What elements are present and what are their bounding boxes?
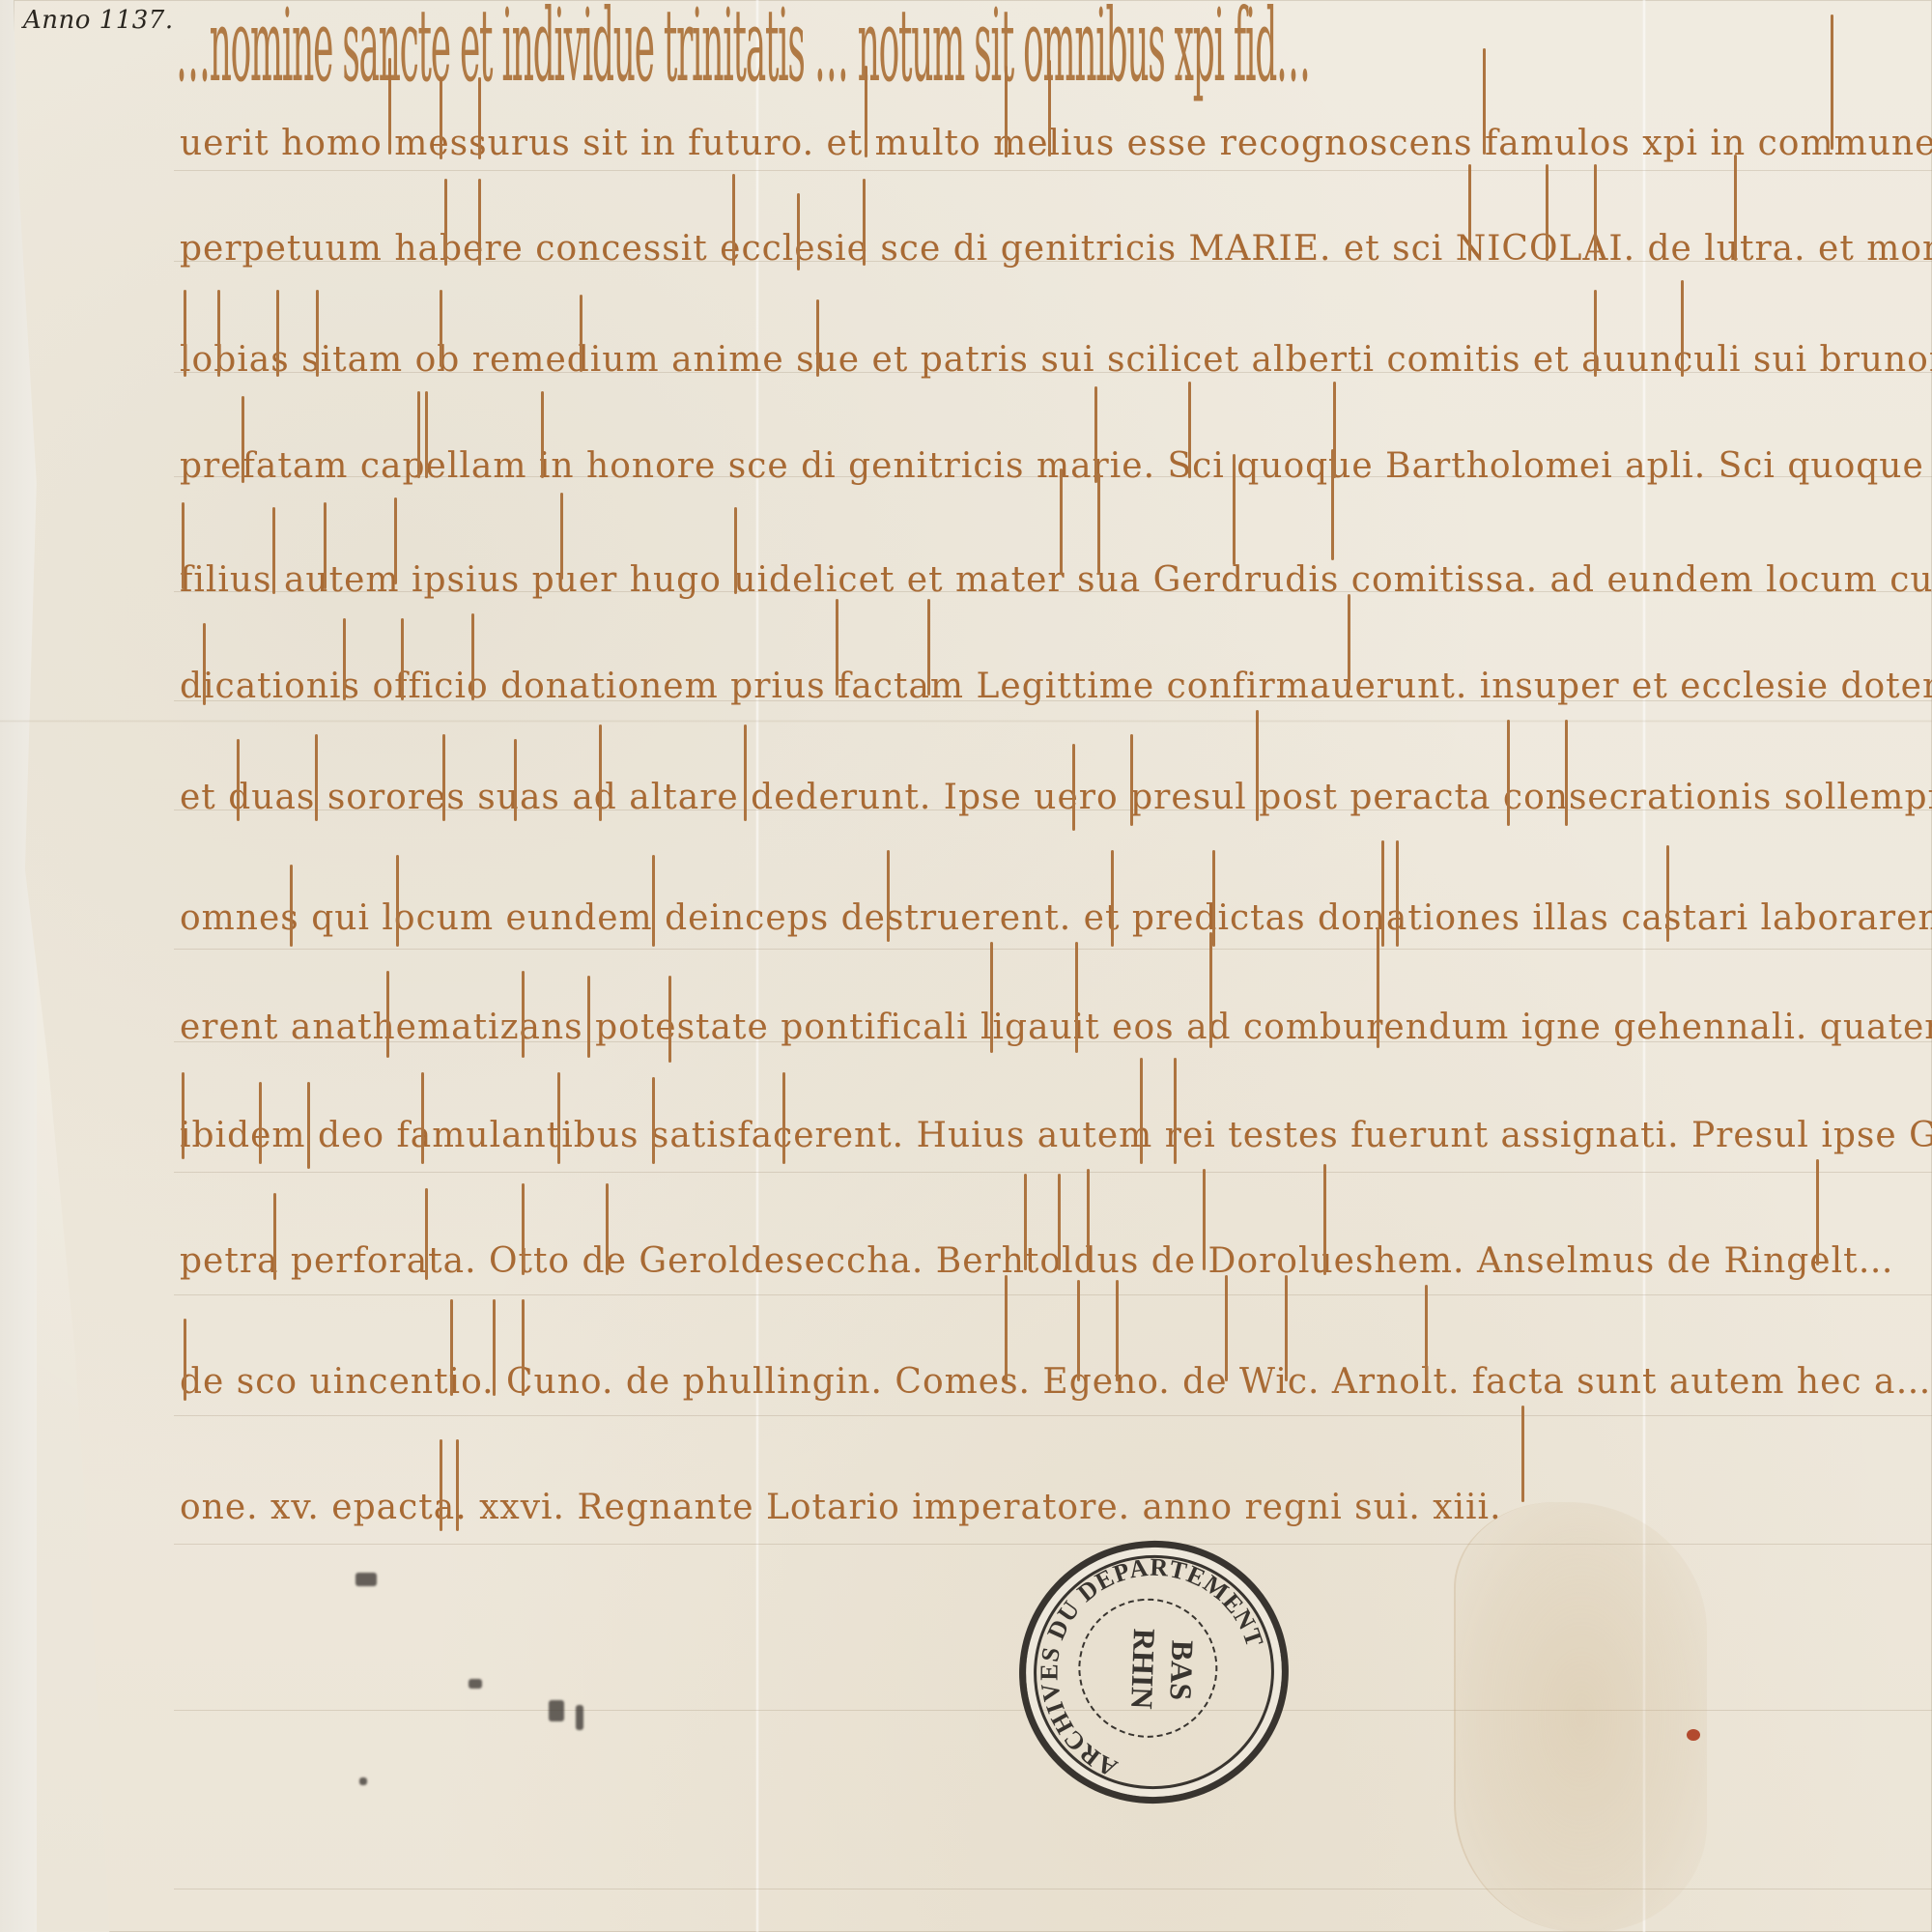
manuscript-scan: Anno 1137. …nomine sancte et individue t… bbox=[0, 0, 1932, 1932]
ink-smudge bbox=[359, 1777, 367, 1785]
text-line-12: petra perforata. Otto de Geroldeseccha. … bbox=[180, 1241, 1894, 1281]
stamp-center-line-1: BAS bbox=[1161, 1616, 1204, 1723]
text-line-14: one. xv. epacta. xxvi. Regnante Lotario … bbox=[180, 1488, 1502, 1527]
text-line-10: erent anathematizans potestate pontifica… bbox=[180, 1008, 1932, 1047]
ink-smudge bbox=[355, 1573, 377, 1586]
ink-smudge bbox=[549, 1700, 564, 1721]
text-line-1: …nomine sancte et individue trinitatis …… bbox=[176, 0, 1310, 104]
archive-stamp: ARCHIVES DU DEPARTEMENT BAS RHIN bbox=[1002, 1523, 1305, 1821]
text-line-3: perpetuum habere concessit ecclesie sce … bbox=[180, 229, 1932, 269]
text-line-7: dicationis officio donationem prius fact… bbox=[180, 667, 1932, 706]
text-line-9: omnes qui locum eundem deinceps destruer… bbox=[180, 898, 1932, 938]
text-line-11: ibidem deo famulantibus satisfacerent. H… bbox=[180, 1116, 1932, 1155]
text-line-4: lobias sitam ob remedium anime sue et pa… bbox=[180, 340, 1932, 380]
text-line-8: et duas sorores suas ad altare dederunt.… bbox=[180, 778, 1932, 817]
ink-smudge bbox=[469, 1679, 482, 1689]
ink-smudge bbox=[576, 1705, 583, 1730]
text-line-2: uerit homo messurus sit in futuro. et mu… bbox=[180, 124, 1932, 163]
text-line-5: prefatam capellam in honore sce di genit… bbox=[180, 446, 1932, 486]
stamp-center-line-2: RHIN bbox=[1122, 1615, 1165, 1722]
text-line-6: filius autem ipsius puer hugo uidelicet … bbox=[180, 560, 1932, 600]
text-line-13: de sco uincentio. Cuno. de phullingin. C… bbox=[180, 1362, 1931, 1402]
stamp-center-text: BAS RHIN bbox=[1094, 1614, 1204, 1724]
charter-text: …nomine sancte et individue trinitatis …… bbox=[0, 0, 1932, 1932]
